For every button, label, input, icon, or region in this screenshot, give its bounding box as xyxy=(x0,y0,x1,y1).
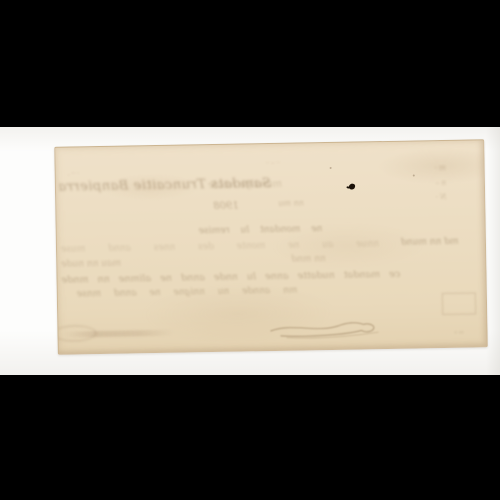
signature-flourish-showthrough xyxy=(266,312,386,342)
showthrough-line-d: ce mandat nudatte anne lu nnde annd ne a… xyxy=(61,270,400,285)
showthrough-line-c2: nn mnd xyxy=(291,255,326,265)
showthrough-line-e: mn annde nu nnigne ne annd mnse xyxy=(77,287,298,300)
document-paper: · ·· . ·· – ·· Samdats Truncaitie Banpie… xyxy=(54,139,488,354)
tiny-fleck-2 xyxy=(413,174,415,176)
showthrough-right-column: m · n – N · xyxy=(435,161,447,205)
bottom-left-smudge-streak xyxy=(62,330,174,338)
showthrough-mid-marks: nn mu xyxy=(278,199,304,207)
showthrough-number-block: 1908 xyxy=(213,202,239,212)
showthrough-line-b: nnue au ne monte des nnes annd muse xyxy=(61,240,379,255)
showthrough-line-b-dark: md nn mund xyxy=(401,238,459,248)
tiny-fleck-1 xyxy=(330,167,332,169)
showthrough-heading-tail: munsige nnale xyxy=(208,180,282,191)
letterbox-top xyxy=(0,0,500,127)
showthrough-corner-marks-left: · ·· . xyxy=(68,171,80,177)
showthrough-corner-marks-right: ·· – ·· xyxy=(265,161,280,167)
letterbox-bottom xyxy=(0,375,500,500)
showthrough-line-c: mau nn nude xyxy=(61,260,121,270)
showthrough-bottom-right-dots: ·· · xyxy=(454,330,463,337)
ink-speck xyxy=(348,183,355,190)
photo-area: · ·· . ·· – ·· Samdats Truncaitie Banpie… xyxy=(0,127,500,375)
showthrough-box-outline xyxy=(442,292,476,315)
screenshot-root: · ·· . ·· – ·· Samdats Truncaitie Banpie… xyxy=(0,0,500,500)
showthrough-line-a: ne mondant lu remise xyxy=(199,225,323,236)
